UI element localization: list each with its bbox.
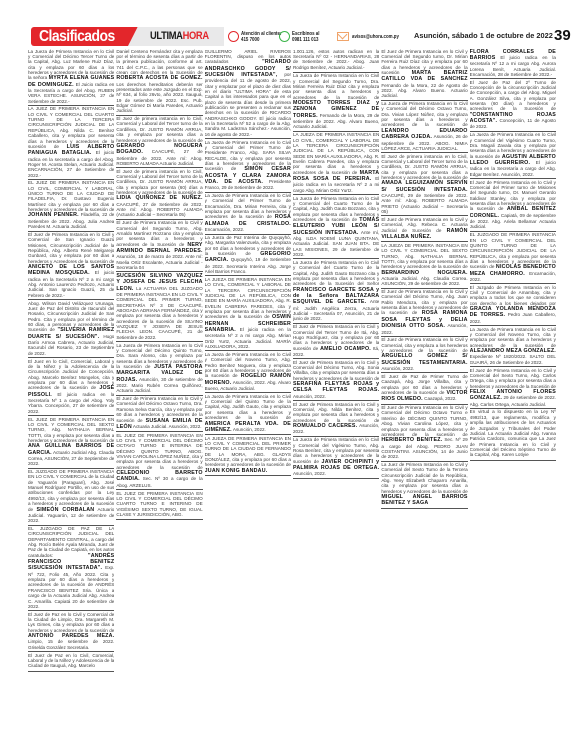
legal-notice: La Jueza de Primera Instancia en lo Civi… (293, 259, 379, 323)
notice-text: LA JUEZA DE PRIMERA INSTANCIA EN LO CIVI… (293, 132, 379, 174)
notice-deceased-name: FRANCISCO GARCETE SOSA y de la Señora BA… (293, 287, 379, 306)
notice-text: La Jueza de Primera Instancia en lo Civi… (293, 260, 379, 286)
notice-deceased-name: ROBERTA ACOSTA DE GOMEZ. (116, 75, 202, 81)
notice-text: por providencia del 11 de agosto de 2022… (205, 72, 291, 137)
notice-text: El Juez de Primera Instancia en lo Civil… (293, 402, 379, 423)
legal-notice: La Jueza de Primera Instancia en lo Civi… (205, 139, 291, 193)
contact-email-address: avisos@uhora.com.py (352, 34, 399, 40)
legal-notice: Daniel Centeno Fernández cita y emplaza … (116, 48, 202, 116)
notice-text: Expediente Nº 1820/2022. SALTO DEL GUAIR… (470, 354, 556, 364)
legal-notice: El Juez de primera instancia en lo Civil… (116, 168, 202, 220)
legal-notice: La Juez de Primera Instancia en lo Civil… (381, 462, 467, 509)
column-3: GUILLERMO ARIEL RIVEROS FLORENTIN, dispu… (205, 48, 291, 716)
notice-text: El Juez de Primera Instancia en lo Civil… (293, 360, 379, 381)
notice-text: La ACTUARIA DEL JUZGADO DE PRIMERA INSTA… (116, 286, 202, 340)
notice-text: Los derechos hereditarios deberán ser pr… (116, 82, 202, 114)
notice-text: La Jueza de Primera Instancia en lo Civi… (381, 101, 467, 127)
legal-notice: El Juez de primera instancia en lo Civil… (116, 116, 202, 169)
legal-notice: 1.001.126, estos autos radican en la Sec… (293, 48, 379, 73)
notice-text: El Juez de Primera Instancia en lo Civil… (28, 232, 114, 264)
legal-notice: GUILLERMO ARIEL RIVEROS FLORENTIN, dispu… (205, 48, 291, 139)
notice-text: CAACUPÉ, 27 de Setiembre de 2022. Ante m… (116, 202, 202, 218)
legal-notice: El Juez de Primera Instancia en lo Civil… (470, 367, 556, 409)
notice-text: LA JUEZA DE PRIMERA INSTANCIA EN LO CIVI… (381, 243, 467, 269)
legal-notice: LA JUEZA DE PRIMERA INSTANCIA EN LO CIVI… (205, 276, 291, 351)
notice-text: EL JUEZ DE PRIMERA INSTANCIA EN LO CIVIL… (116, 433, 202, 470)
legal-notice: El Juez de Primera Instancia en lo Civil… (381, 289, 467, 337)
legal-notice: Abog. Wilson David Velázquez Urunaga, Ju… (28, 300, 114, 358)
notice-text: Encarnación, 2022. (205, 227, 245, 232)
notice-text: LA JUEZA DE PRIMERA INSTANCIA EN LO CIVI… (205, 436, 291, 468)
notice-deceased-name: ROMUALDO CACERES. (293, 423, 357, 429)
notice-text: Actuaria Judicial. Abg. Claudia Correa. … (381, 276, 467, 286)
legal-notice: El Juez de Primera Instancia en lo Civil… (116, 220, 202, 273)
legal-notice: El Juez de Paz en lo Civil y Comercial d… (28, 611, 114, 652)
legal-notice: El Juez de Paz en lo Civil, Comercial, L… (28, 652, 114, 672)
notice-text: Asunción, 18 de marzo de 2022. Ante mí: … (116, 254, 202, 270)
notice-text: El Juez de primera instancia en lo Civil… (381, 154, 467, 180)
notice-text: Asunción, 2022. (293, 471, 326, 476)
legal-notice: LA JUEZ DE PRIMERA INSTANCIA EN LO CIVIL… (28, 106, 114, 180)
legal-notice: La Jueza de Primera Instancia en lo Civi… (205, 351, 291, 393)
legal-notice: El Juez de Primera Instancia en lo Civil… (116, 396, 202, 433)
notice-text: 1.001.126, estos autos radican en la Sec… (293, 49, 379, 70)
notice-text: El Juzgado de Primera Instancia en lo Ci… (470, 285, 556, 306)
legal-notice: EL JUEZ DE PRIMERA INSTANCIA EN LO CIVIL… (28, 180, 114, 232)
phone-icon (228, 31, 239, 42)
notice-text: EL JUZGADO DE PRIMERA INSTANCIA EN LO CI… (28, 469, 114, 511)
legal-notice: El Juez en lo Civil, Comercial, Laboral … (28, 358, 114, 416)
legal-notice: EL JUEZ DE PRIMERA INSTANCIA EN LO CIVIL… (116, 432, 202, 490)
legal-notice: El Juez de Paz del 2º Turno de Concepció… (470, 79, 556, 132)
legal-notice: La Jueza de Primera Instancia en lo Civi… (205, 193, 291, 235)
legal-notice: El Juez de Primera Instancia en lo Civil… (381, 48, 467, 101)
notice-text: EL JUEZ DE PRIMERA INSTANCIA EN LO CIVIL… (28, 180, 114, 212)
legal-notice: EL JUZGADO DE PRIMERA INSTANCIA EN LO CI… (470, 232, 556, 285)
notice-deceased-name: JUAN KONIG BANDAU. (205, 468, 268, 474)
legal-notice: El Juez de Primera Instancia en lo Civil… (28, 232, 114, 301)
logo-hora: HORA (183, 30, 209, 42)
notice-text: EL JUEZ DE PRIMERA INSTANCIA EN LO CIVIL… (116, 491, 202, 517)
envelope-icon (337, 32, 349, 41)
legal-notice: El Juez de Primera Instancia en lo Civil… (293, 324, 379, 360)
notice-text: Exp. Nº 722, Folio 45, Año 2022. Cita y … (28, 565, 114, 608)
legal-notice: LA JUEZA DE PRIMERA INSTANCIA EN LO CIVI… (381, 242, 467, 288)
logo-ultima: ULTIMA (150, 30, 183, 42)
notice-deceased-name: ANTONIO PAREDES MEZA. (28, 633, 114, 639)
legal-notice: El Juez de Primera Instancia en lo Civil… (381, 405, 467, 462)
legal-notice: LA JUEZA DE PRIMERA INSTANCIA EN LO CIVI… (205, 435, 291, 476)
newspaper-logo: ULTIMAHORA (150, 30, 209, 43)
legal-notice: El Juez de Primera Instancia en lo Civil… (293, 359, 379, 401)
notice-text: La Juez de Primera Instancia en lo Civil… (381, 462, 467, 494)
notice-text: EL JUEZ DE PRIMERA INSTANCIA EN LO CIVIL… (28, 417, 114, 443)
legal-notice: El Juez de Primera Instancia en lo Civil… (293, 401, 379, 437)
legal-notice: La Jueza de Primera Instancia en lo Civi… (293, 73, 379, 132)
contact-email: avisos@uhora.com.py (337, 29, 407, 44)
legal-notice: FLORA CORRALES DE BARRIOS El juicio radi… (470, 48, 556, 79)
notice-deceased-name: SIMEÓN CORBALAN (37, 507, 95, 513)
notice-deceased-name: ARGUELLO GOMEZ S/ SUCESIÓN TESTAMENTARIA… (381, 353, 467, 365)
newspaper-page: Clasificados ULTIMAHORA Atención al clie… (0, 0, 580, 756)
legal-notice: El Juez de Primera Instancia en lo Civil… (381, 216, 467, 242)
notice-deceased-name: LIDIA QUIÑONEZ DE NUÑEZ. (116, 195, 202, 201)
notice-deceased-name: HERIBERTO BENITEZ. (381, 437, 442, 443)
notice-text: Asunción, 2022. (293, 394, 326, 399)
notice-text: El Juez de Primera Instancia en lo Civil… (381, 405, 467, 437)
column-4: 1.001.126, estos autos radican en la Sec… (293, 48, 379, 716)
notice-text: La Jueza de Primera Instancia en lo Civi… (293, 73, 379, 99)
notice-text: El Juez de primera instancia en lo Civil… (116, 116, 202, 142)
notice-text: LA JUEZA DE PRIMERA INSTANCIA EN LO CIVI… (205, 277, 291, 319)
notice-text: El Juez de Primera Instancia en lo Civil… (381, 337, 467, 353)
notice-text: LA JUEZ DE PRIMERA INSTANCIA EN LO CIVIL… (28, 106, 114, 148)
notice-deceased-name: AMELIO OCAMPO. (320, 346, 371, 352)
classifieds-columns: La Jueza de Primera Instancia en lo Civi… (28, 48, 556, 716)
contact-phone-number: 415 7000 (241, 37, 259, 43)
legal-notice: EL JUEZ DE PRIMERA INSTANCIA EN LO CIVIL… (28, 416, 114, 469)
notice-text: El Juez de primera instancia en lo Civil… (116, 169, 202, 195)
legal-notice: En virtud a lo dispuesto en la Ley Nº 49… (470, 409, 556, 461)
page-number: 39 (554, 27, 571, 44)
legal-notice: La Jueza de Paz Interina de Quyquyhó, Ab… (205, 235, 291, 277)
notice-deceased-name: AMADA LEGUIZAMÓN SERVÍN S/ SUCESIÓN INTE… (381, 180, 467, 192)
section-badge: Clasificados (31, 27, 139, 46)
legal-notice: El Juez de primera instancia en lo Civil… (381, 153, 467, 216)
legal-notice: La Jueza de Primera Instancia en lo Civi… (28, 48, 114, 106)
legal-notice: El Juez de Primera Instancia en lo Civil… (470, 179, 556, 232)
notice-text: En virtud a lo dispuesto en la Ley Nº 49… (470, 409, 556, 457)
legal-notice: EL JUEZ DE PRIMERA INSTANCIA EN LO CIVIL… (116, 490, 202, 520)
notice-deceased-name: BERNARDINO NOGUERA. (381, 270, 467, 276)
notice-deceased-name: JOHANN PENNER. (28, 212, 79, 218)
contact-whatsapp: Escríbinos al 0981 111 013 (279, 29, 324, 44)
legal-notice: La Jueza de Primera Instancia en lo Civi… (381, 101, 467, 154)
legal-notice: El Juez de Paz de Primer Turno de Caazap… (381, 373, 467, 404)
notice-deceased-name: SERAFINA FLEYTAS ROJAS y CELSA FLEYTAS R… (293, 381, 379, 393)
whatsapp-icon (279, 31, 290, 42)
notice-text: Daniel Centeno Fernández cita y emplaza … (116, 49, 202, 75)
column-5: El Juez de Primera Instancia en lo Civil… (381, 48, 467, 716)
contact-whatsapp-number: 0981 111 013 (292, 37, 318, 43)
legal-notice: La Jueza de Primera Instancia en lo Civi… (116, 342, 202, 396)
legal-notice: El Juzgado de Primera Instancia en lo Ci… (470, 284, 556, 326)
legal-notice: La Jueza de Primera Instancia en lo Civi… (293, 437, 379, 479)
legal-notice: La Jueza de Primera Instancia en lo Civi… (205, 393, 291, 435)
legal-notice: La Jueza de Primera Instancia en lo Civi… (470, 326, 556, 367)
notice-text: Limpio, 15 de setiembre de 2022. Griseld… (28, 639, 114, 649)
legal-notice: SUCESIÓN SILVINO VAZQUEZ Y JOSEFA DE JES… (116, 272, 202, 342)
legal-notice: EL JUZGADO DE PRIMERA INSTANCIA EN LO CI… (28, 469, 114, 526)
notice-text: El Juez de Paz en lo Civil y Comercial d… (28, 612, 114, 633)
notice-text: La Jueza de Primera Instancia en lo Civi… (205, 394, 291, 420)
notice-text: Actuaria Judicial. Asunción, 2022. (133, 424, 202, 429)
notice-text: Fernando de la Mora, 22 de Agosto de 202… (381, 83, 467, 99)
notice-text: CAACUPÉ, 29 de Setiembre de 2022. Ante m… (381, 193, 467, 214)
publication-date: Asunción, sábado 1 de octubre de 2022 (414, 31, 553, 40)
legal-notice: La Jueza de Primera Instancia en lo Civi… (470, 132, 556, 179)
column-1: La Jueza de Primera Instancia en lo Civi… (28, 48, 114, 716)
legal-notice: El Juez de Primera Instancia en lo Civil… (381, 337, 467, 374)
notice-deceased-name: MIGUEL ANGEL BARRIOS BENITEZ Y SAGA (381, 494, 467, 506)
column-6: FLORA CORRALES DE BARRIOS El juicio radi… (470, 48, 556, 716)
notice-deceased-name: ALEJANDRO MEZA GONZALEZ. (470, 348, 556, 354)
notice-text: Asunción, 2022. (381, 366, 414, 371)
notice-text: Asunción, 2022. (233, 427, 266, 432)
column-2: Daniel Centeno Fernández cita y emplaza … (116, 48, 202, 716)
notice-text: El Juez de Paz del 2º Turno de Concepció… (470, 80, 556, 112)
page-header: Clasificados ULTIMAHORA Atención al clie… (28, 27, 556, 46)
notice-text: El Juez de Primera Instancia en lo Civil… (470, 368, 556, 389)
notice-text: La Jueza de Primera Instancia en lo Civi… (470, 327, 556, 348)
legal-notice: La Jueza de Primera Instancia en lo Civi… (293, 195, 379, 259)
legal-notice: EL JUZGADO DE PAZ DE LA CIRCUNSCRIPCIÓN … (28, 526, 114, 612)
notice-text: El Juez de Paz en lo Civil, Comercial, L… (28, 653, 114, 669)
notice-text: Caazapá, 2022. (424, 396, 456, 401)
section-badge-label: Clasificados (39, 27, 115, 46)
legal-notice: LA JUEZA DE PRIMERA INSTANCIA EN LO CIVI… (293, 132, 379, 195)
